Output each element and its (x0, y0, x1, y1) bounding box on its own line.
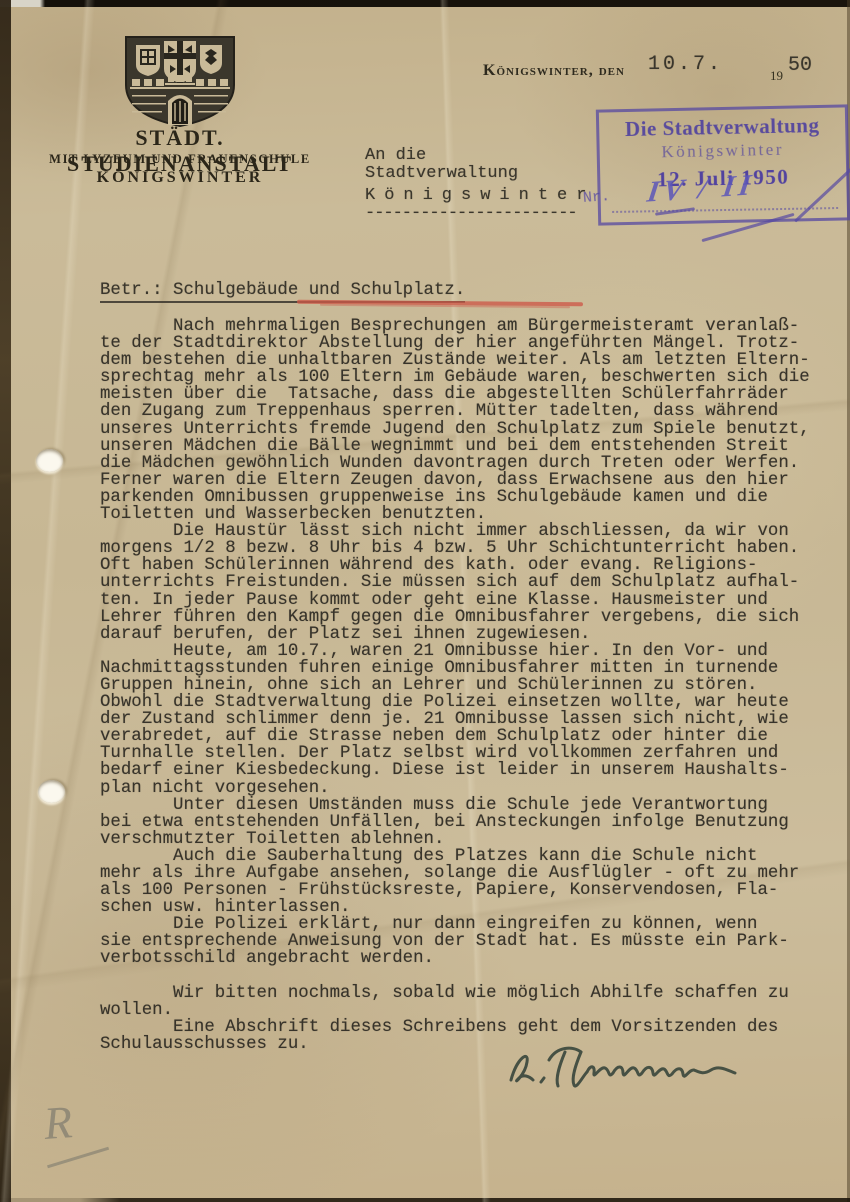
recipient-city: Königswinter (365, 186, 595, 205)
letterhead-city: KÖNIGSWINTER (20, 169, 340, 187)
scan-edge-top (0, 0, 850, 7)
stamp-authority: Die Stadtverwaltung (599, 112, 845, 142)
scan-edge-bottom (0, 1198, 850, 1202)
dateline-place-label: Königswinter, den (483, 62, 625, 80)
stamp-nr-label: Nr. (582, 188, 610, 207)
recipient-line-2: Stadtverwaltung (365, 164, 518, 183)
stamp-city: Königswinter (600, 138, 846, 163)
paragraph: Unter diesen Umständen muss die Schule j… (100, 797, 825, 848)
scanned-letter-page: STÄDT. STUDIENANSTALT MIT LYZEUM UND FRA… (0, 0, 850, 1202)
subject-text: Betr.: Schulgebäude und Schulplatz. (100, 281, 465, 303)
pencil-margin-note: R (42, 1095, 74, 1150)
letter-body: Nach mehrmaligen Besprechungen am Bürger… (100, 318, 825, 1053)
recipient-line-1: An die (365, 146, 426, 165)
scan-edge-left (0, 0, 11, 1202)
dateline-year-printed: 19 (770, 68, 783, 84)
dateline-year-typed: 50 (788, 54, 812, 77)
paragraph: Die Polizei erklärt, nur dann eingreifen… (100, 916, 825, 967)
paragraph: Wir bitten nochmals, sobald wie möglich … (100, 985, 825, 1019)
dateline-typed-date: 10.7. (648, 53, 723, 76)
paragraph: Nach mehrmaligen Besprechungen am Bürger… (100, 318, 825, 523)
punch-hole (36, 449, 63, 472)
paragraph: Die Haustür lässt sich nicht immer absch… (100, 523, 825, 643)
coat-of-arms-icon (118, 33, 242, 129)
recipient-underline: ----------------------- (365, 204, 577, 223)
pencil-underline (47, 1147, 109, 1168)
letterhead-subtitle: MIT LYZEUM UND FRAUENSCHULE (20, 152, 340, 167)
paragraph: Heute, am 10.7., waren 21 Omnibusse hier… (100, 643, 825, 797)
punch-hole (38, 780, 65, 803)
subject-line: Betr.: Schulgebäude und Schulplatz. (100, 281, 465, 300)
signature-handwritten (497, 1036, 759, 1108)
paragraph: Auch die Sauberhaltung des Platzes kann … (100, 848, 825, 916)
